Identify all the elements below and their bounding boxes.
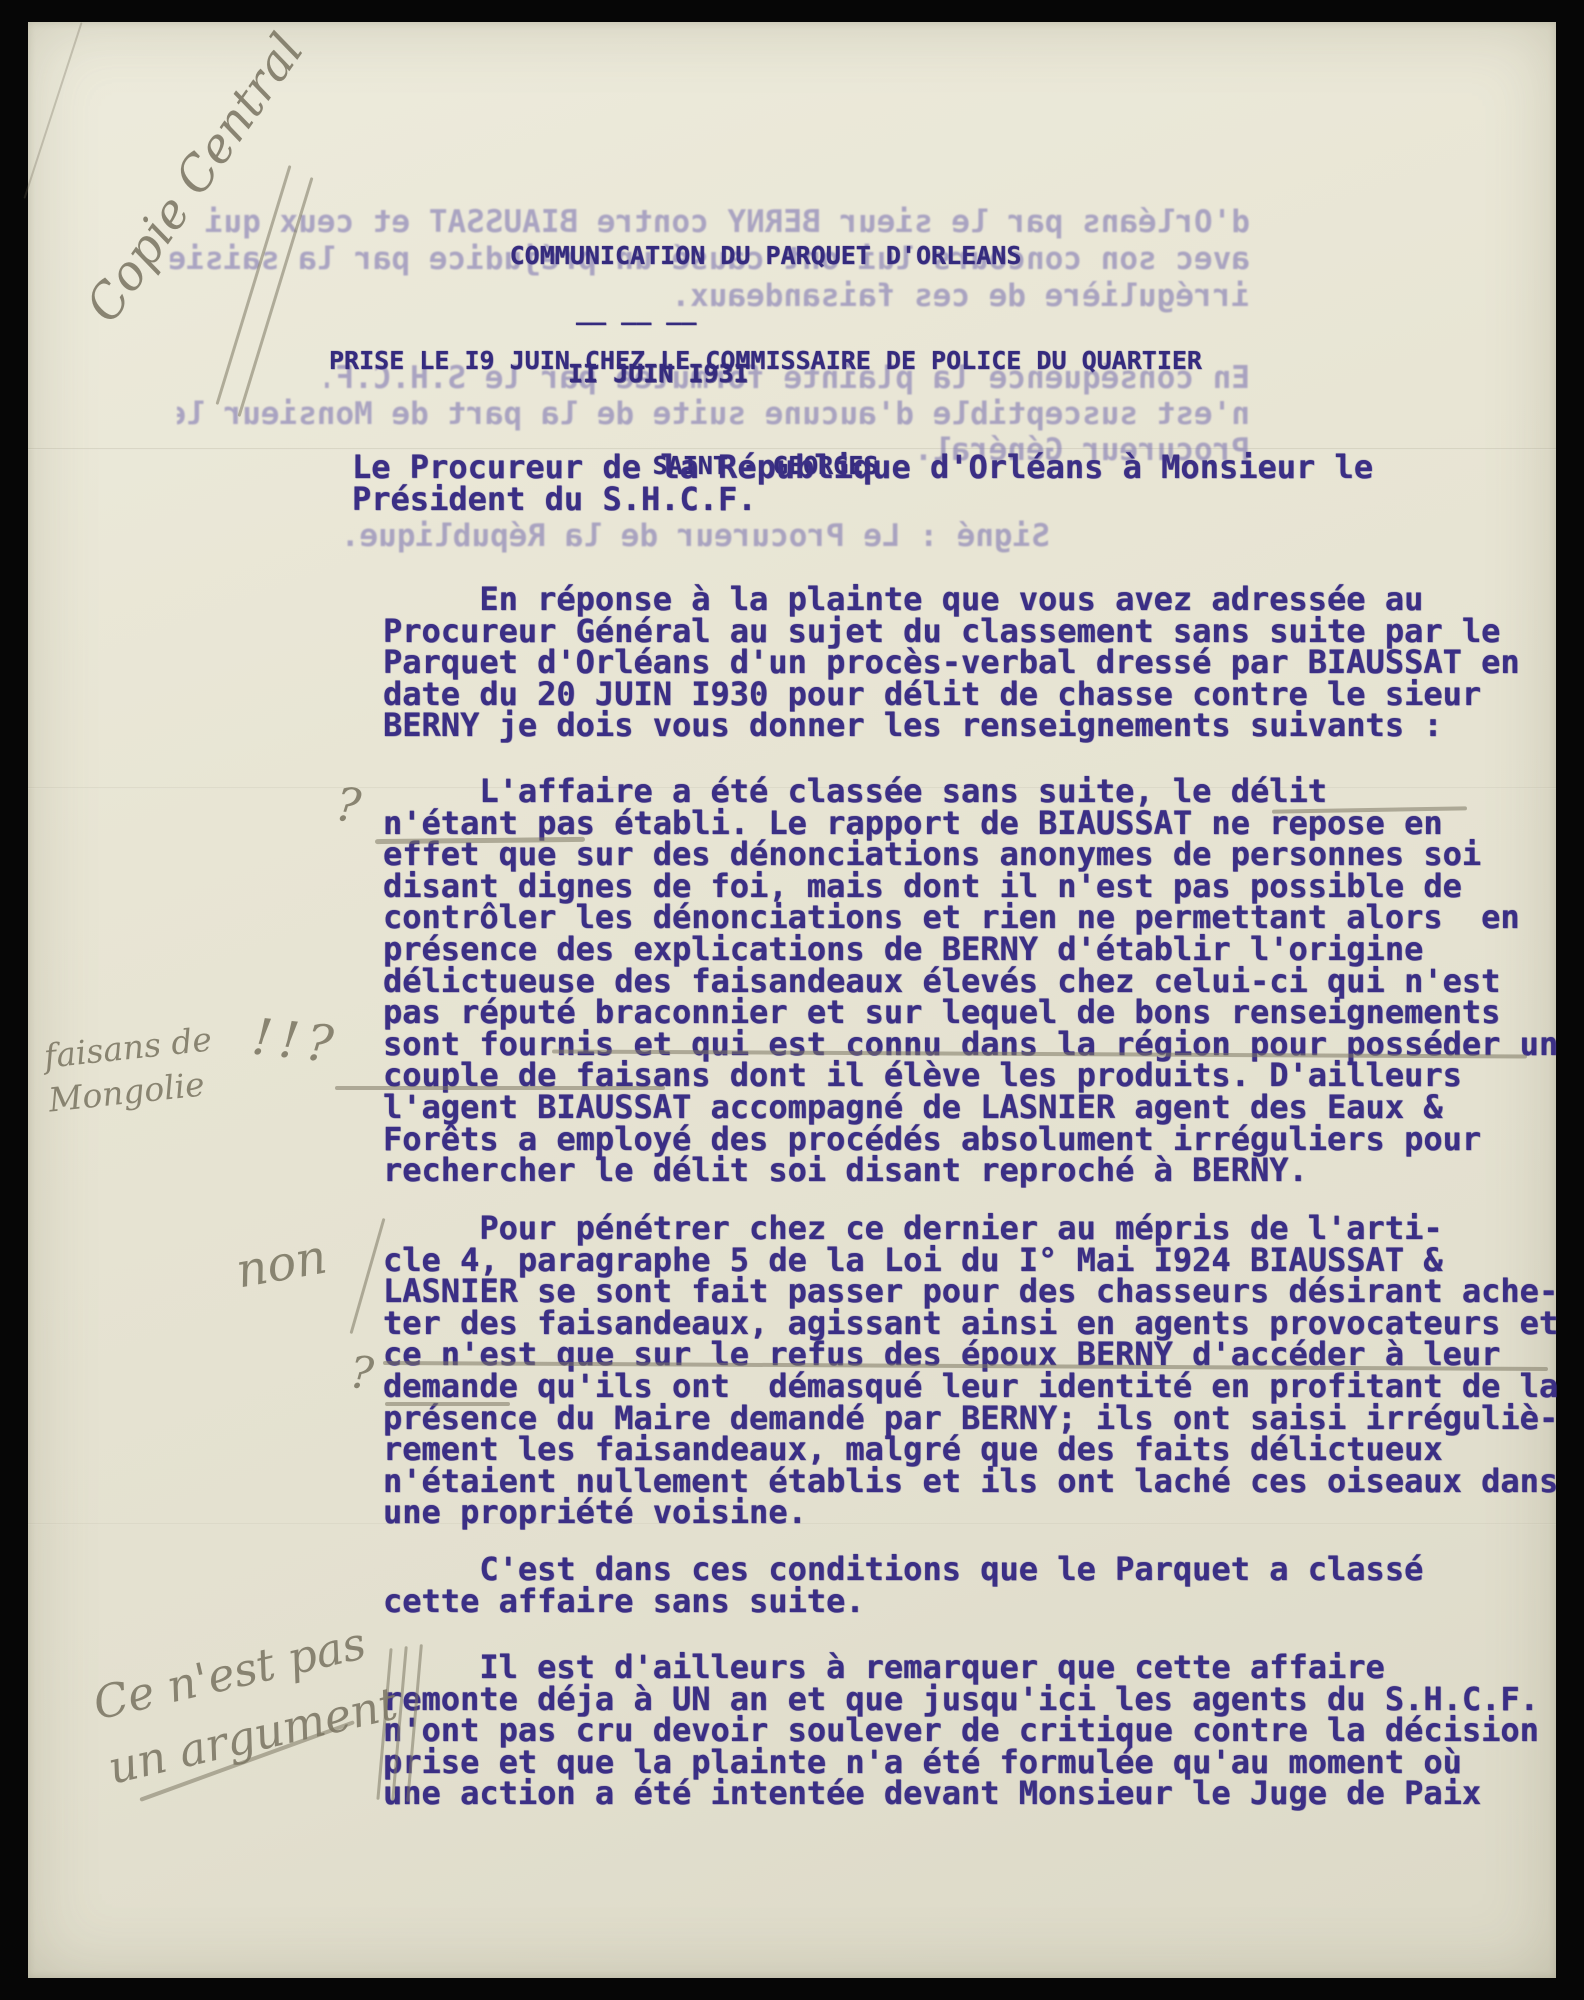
annotation-exclamation: !!? [249, 1008, 343, 1075]
paragraph-4: C'est dans ces conditions que le Parquet… [383, 1554, 1423, 1617]
document-date: II JUIN I93I [568, 356, 749, 391]
header-line-2: PRISE LE I9 JUIN CHEZ LE COMMISSAIRE DE … [329, 343, 1202, 378]
pencil-underline-demande [385, 1402, 510, 1406]
paragraph-5: Il est d'ailleurs à remarquer que cette … [383, 1652, 1539, 1810]
salutation: Le Procureur de la République d'Orléans … [352, 452, 1373, 515]
paragraph-3: Pour pénétrer chez ce dernier au mépris … [383, 1213, 1558, 1529]
annotation-faisans-mongolie: faisans de Mongolie [42, 1017, 219, 1122]
annotation-question-2: ? [348, 1347, 375, 1400]
header-line-1: COMMUNICATION DU PARQUET D'ORLEANS [329, 238, 1202, 273]
photographed-document: d'Orléans par le sieur BERNY contre BIAU… [0, 0, 1584, 2000]
paragraph-1: En réponse à la plainte que vous avez ad… [383, 584, 1520, 742]
annotation-question-1: ? [333, 777, 363, 833]
pencil-underline-couple-de-faisans [335, 1086, 665, 1090]
typed-separator: __ __ __ [576, 293, 696, 328]
